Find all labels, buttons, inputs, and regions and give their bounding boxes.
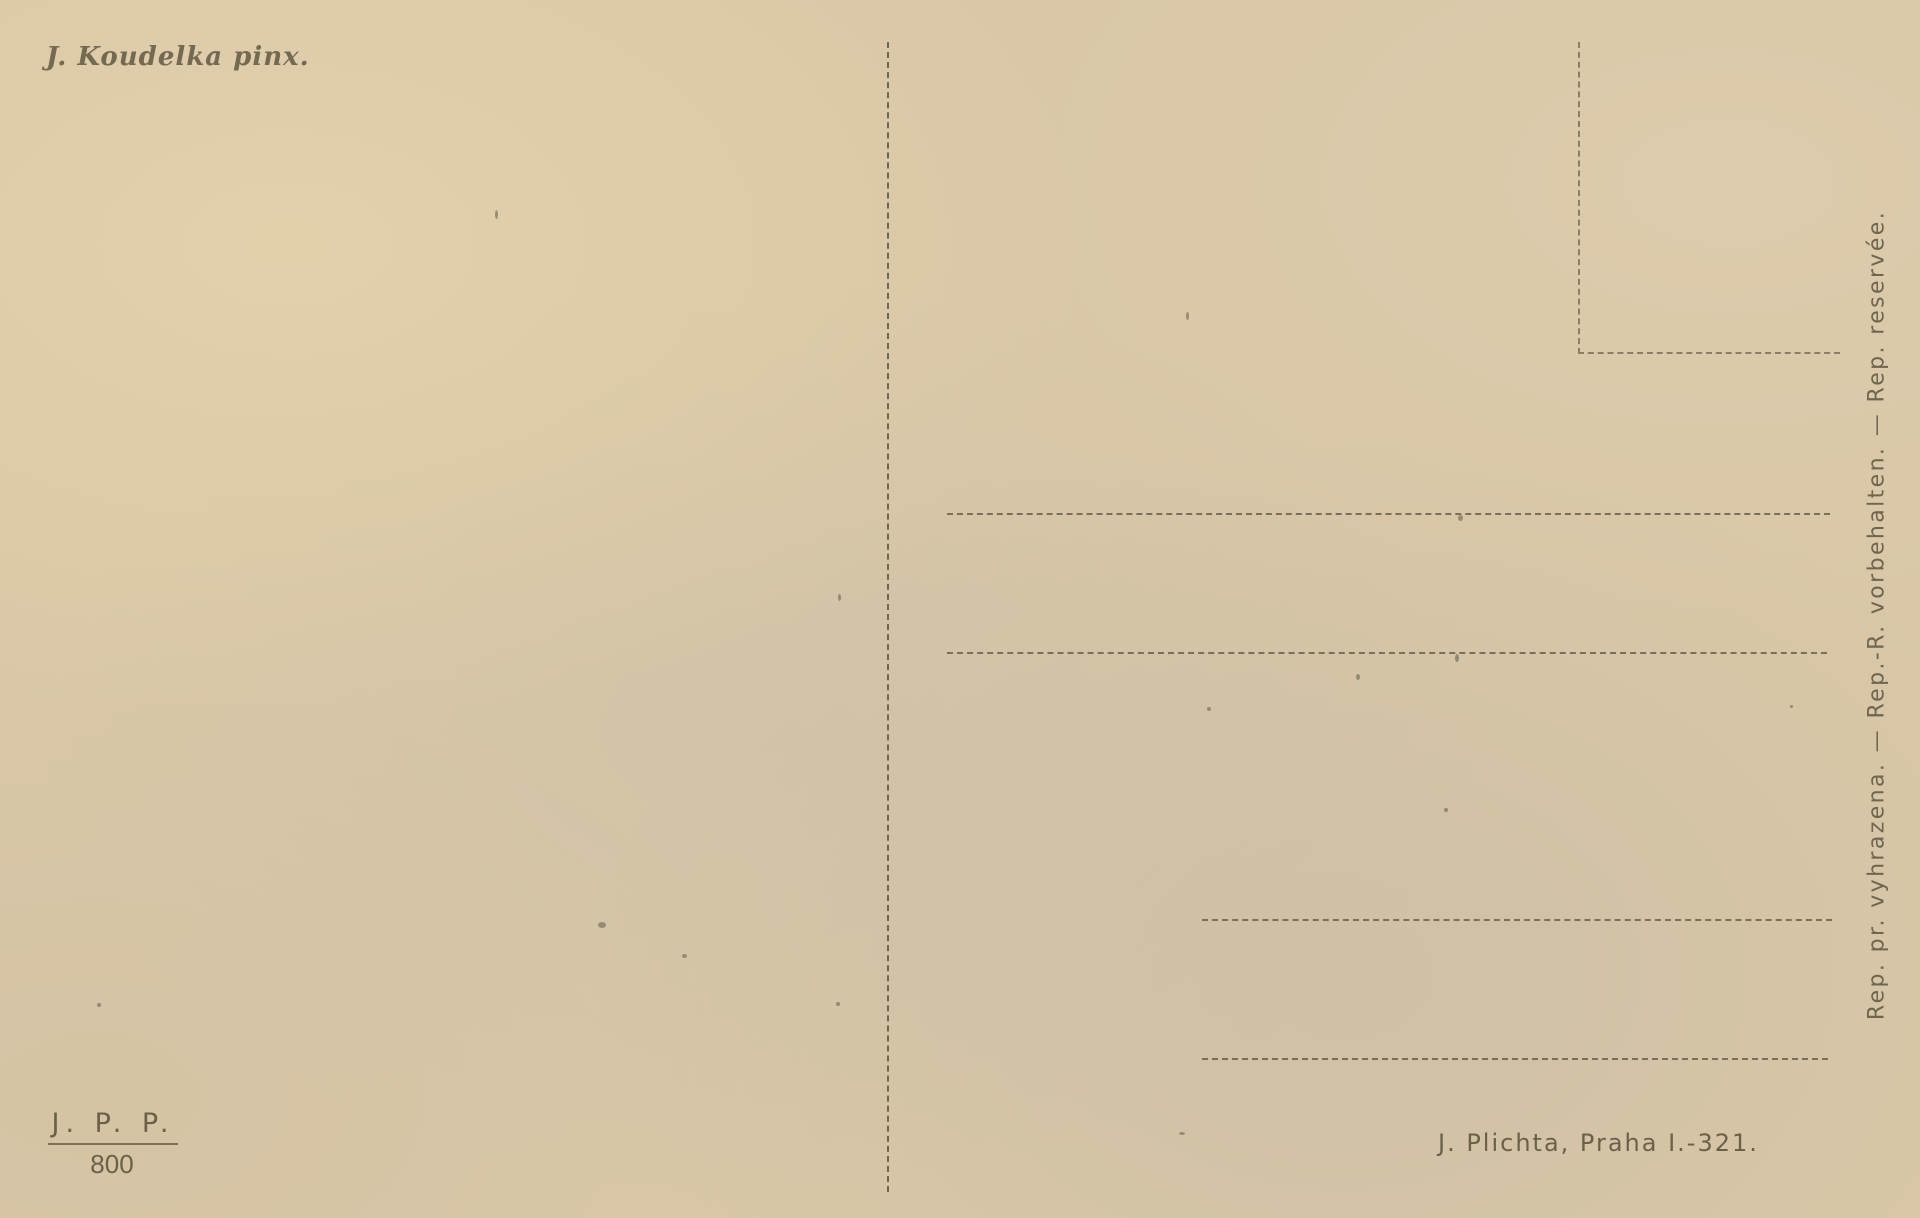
center-divider-line — [887, 42, 889, 1192]
paper-speck — [836, 1002, 840, 1006]
paper-speck — [1790, 705, 1793, 708]
rights-notice: Rep. pr. vyhrazena. — Rep.-R. vorbehalte… — [1865, 210, 1890, 1020]
stamp-box — [1578, 42, 1840, 354]
paper-speck — [682, 954, 687, 958]
paper-speck — [1356, 674, 1360, 680]
paper-speck — [495, 210, 498, 219]
series-mark: J. P. P. 800 — [46, 1108, 178, 1180]
address-line-4 — [1202, 1058, 1828, 1060]
address-line-1 — [947, 513, 1830, 515]
postcard-back: J. Koudelka pinx. J. P. P. 800 J. Plicht… — [0, 0, 1920, 1218]
paper-speck — [1179, 1132, 1185, 1135]
paper-speck — [838, 594, 841, 601]
paper-speck — [1458, 515, 1463, 521]
paper-speck — [97, 1003, 101, 1007]
paper-speck — [1444, 808, 1448, 812]
paper-speck — [1455, 654, 1459, 662]
address-line-3 — [1202, 919, 1832, 921]
address-line-2 — [947, 652, 1827, 654]
artist-credit: J. Koudelka pinx. — [46, 42, 310, 72]
series-number: 800 — [46, 1149, 178, 1180]
paper-speck — [1207, 707, 1211, 711]
publisher-initials: J. P. P. — [48, 1108, 178, 1145]
paper-speck — [1186, 312, 1189, 320]
publisher-imprint: J. Plichta, Praha I.-321. — [1438, 1129, 1759, 1157]
paper-speck — [598, 922, 606, 928]
